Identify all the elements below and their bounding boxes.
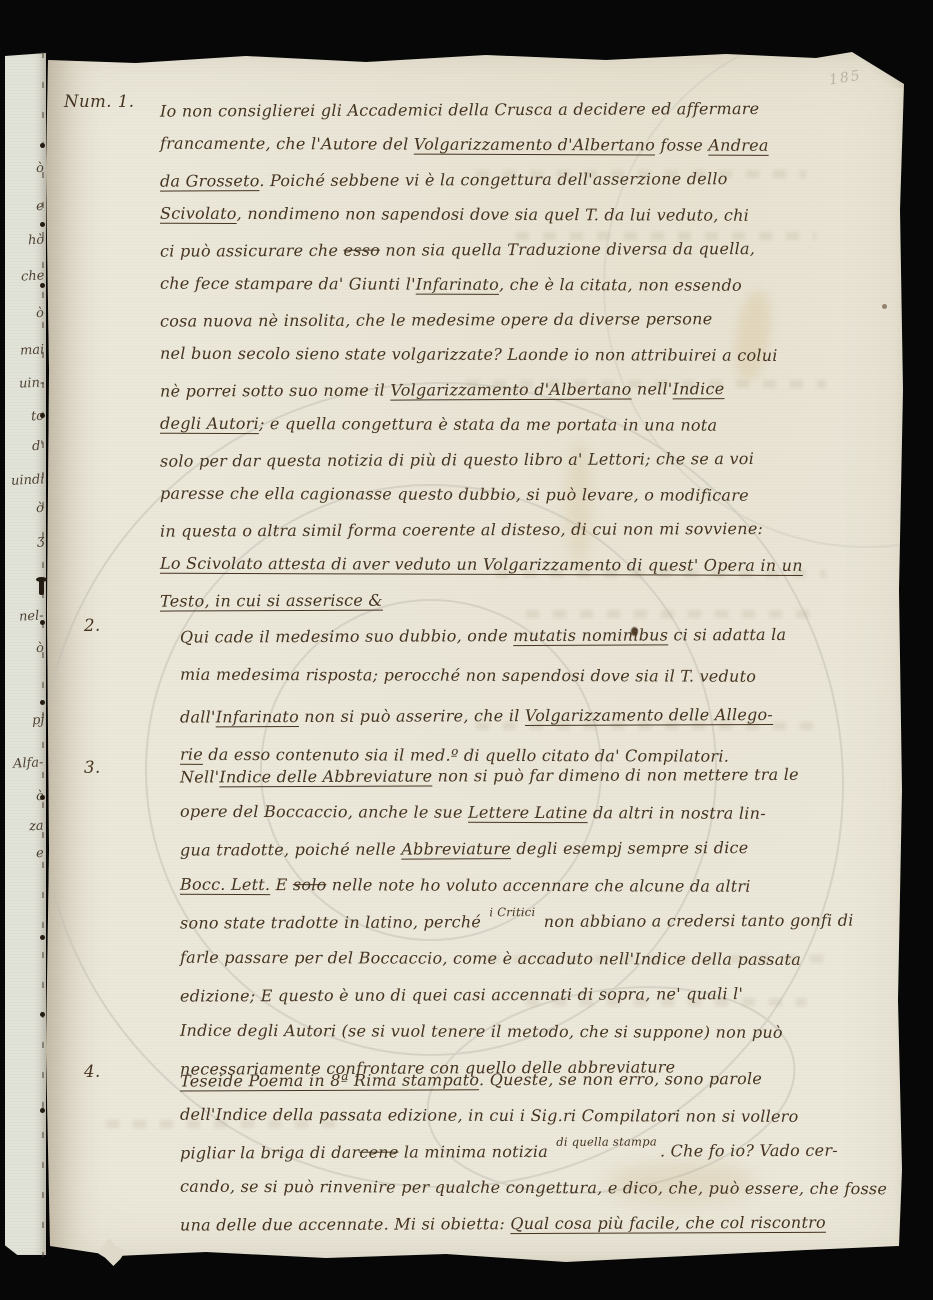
text-line: opere del Boccaccio, anche le sue Letter… <box>180 793 894 832</box>
underlined-text: Lo Scivolato attesta di aver veduto un V… <box>160 554 803 575</box>
text-segment: Indice degli Autori (se si vuol tenere i… <box>180 1020 783 1041</box>
text-line: una delle due accennate. Mi si obietta: … <box>180 1204 894 1243</box>
facing-page-text-fragment: ò <box>36 501 45 516</box>
text-segment: non abbiano a credersi tanto gonfi di <box>538 911 853 931</box>
struck-text: solo <box>293 875 327 894</box>
text-line: cosa nuova nè insolita, che le medesime … <box>160 300 894 338</box>
text-line: Qui cade il medesimo suo dubbio, onde mu… <box>180 614 894 657</box>
text-line: cando, se si può rinvenire per qualche c… <box>180 1169 894 1207</box>
paragraph-number: 4. <box>54 1062 180 1081</box>
facing-page-text-fragment: to <box>31 409 45 425</box>
facing-page-text-fragment: ʒ <box>36 533 44 548</box>
underlined-text: Bocc. Lett. <box>180 874 270 893</box>
text-segment: E <box>270 875 293 894</box>
text-line: dall'Infarinato non si può asserire, che… <box>180 694 894 737</box>
underlined-text: Volgarizzamento d'Albertano <box>390 380 631 400</box>
facing-page-text-fragment: uin- <box>18 375 44 391</box>
underlined-text: Teseide Poema in 8ª Rima stampato <box>180 1070 479 1090</box>
struck-text: cene <box>359 1143 398 1162</box>
handwritten-text: Num. 1.Io non consiglierei gli Accademic… <box>46 50 906 1262</box>
text-segment: ; e quella congettura è stata da me port… <box>259 414 717 435</box>
facing-page-text-fragment: nel- <box>19 608 44 624</box>
facing-page-edge: òehòcheòmaiuin-tod'uindiòʒnel-òpjAlfa-òz… <box>5 53 46 1255</box>
underlined-text: Volgarizzamento d'Albertano <box>414 135 655 155</box>
underlined-text: Qual cosa più facile, che col riscontro <box>510 1213 826 1233</box>
text-segment: Io non consiglierei gli Accademici della… <box>160 99 759 121</box>
text-segment: non si può asserire, che il <box>299 706 525 726</box>
inserted-text: di quella stampa <box>556 1123 657 1159</box>
facing-page-text-fragment: e <box>36 199 44 214</box>
paragraph: Num. 1.Io non consiglierei gli Accademic… <box>54 92 894 617</box>
paragraph: 3.Nell'Indice delle Abbreviature non si … <box>54 758 894 1087</box>
text-line: da Grosseto. Poiché sebbene vi è la cong… <box>160 160 894 198</box>
facing-page-text-fragment: e <box>36 846 44 861</box>
text-line: ci può assicurare che esso non sia quell… <box>160 230 894 268</box>
text-segment: . Poiché sebbene vi è la congettura dell… <box>259 169 727 190</box>
text-segment: dell'Indice della passata edizione, in c… <box>180 1105 799 1126</box>
facing-page-text-fragment: za <box>29 819 44 835</box>
text-segment: sono state tradotte in latino, perché <box>180 912 487 932</box>
facing-page-text-fragment: ò <box>36 306 45 321</box>
struck-text: esso <box>343 241 380 260</box>
text-segment: la minima notizia <box>399 1142 554 1162</box>
text-segment: mia medesima risposta; perocché non sape… <box>180 665 756 686</box>
text-line: Bocc. Lett. E solo nelle note ho voluto … <box>180 866 894 905</box>
underlined-text: Indice <box>673 379 725 398</box>
text-segment: , nondimeno non sapendosi dove sia quel … <box>237 204 749 225</box>
underlined-text: degli Autori <box>160 414 259 433</box>
text-line: sono state tradotte in latino, perché i … <box>180 902 894 942</box>
facing-page-text-fragment: Alfa- <box>13 755 44 772</box>
underlined-text: Infarinato <box>216 707 299 726</box>
text-line: che fece stampare da' Giunti l'Infarinat… <box>160 266 894 304</box>
facing-page-text-fragment: che <box>20 268 44 284</box>
facing-page-text-fragment: ò <box>36 161 45 176</box>
facing-page-text-fragment: d' <box>32 439 45 455</box>
facing-page-text-fragment: uindi <box>10 472 44 489</box>
underlined-text: Lettere Latine <box>468 802 588 821</box>
text-segment: opere del Boccaccio, anche le sue <box>180 801 468 821</box>
text-segment: non si può far dimeno di non mettere tra… <box>432 765 799 786</box>
text-line: degli Autori; e quella congettura è stat… <box>160 406 894 444</box>
paragraph-number: 3. <box>54 758 180 777</box>
facing-page-text-fragment: pj <box>31 713 44 729</box>
text-segment: nelle note ho voluto accennare che alcun… <box>326 875 750 895</box>
text-segment: fosse <box>655 135 708 154</box>
paragraph-body: Teseide Poema in 8ª Rima stampato. Quest… <box>180 1062 894 1242</box>
text-line: Nell'Indice delle Abbreviature non si pu… <box>180 756 894 796</box>
text-segment: cosa nuova nè insolita, che le medesime … <box>160 309 712 330</box>
facing-page-text-fragment: hò <box>27 233 44 249</box>
paragraph-body: Qui cade il medesimo suo dubbio, onde mu… <box>180 616 894 776</box>
text-line: paresse che ella cagionasse questo dubbi… <box>160 476 894 514</box>
text-segment: dall' <box>180 707 216 726</box>
underlined-text: Infarinato <box>416 275 499 294</box>
text-segment: ci si adatta la <box>668 625 786 645</box>
text-segment: che fece stampare da' Giunti l' <box>160 274 416 294</box>
text-segment: pigliar la briga di dar <box>180 1143 359 1163</box>
text-segment: farle passare per del Boccaccio, come è … <box>180 947 801 968</box>
text-segment: cando, se si può rinvenire per qualche c… <box>180 1177 887 1198</box>
text-line: Lo Scivolato attesta di aver veduto un V… <box>160 546 894 584</box>
paragraph-body: Nell'Indice delle Abbreviature non si pu… <box>180 758 894 1087</box>
text-segment: degli esempj sempre si dice <box>511 838 749 858</box>
text-segment: . Queste, se non erro, sono parole <box>479 1069 762 1089</box>
underlined-text: da Grosseto <box>160 171 259 190</box>
text-segment: una delle due accennate. Mi si obietta: <box>180 1214 510 1234</box>
text-segment: nel buon secolo sieno state volgarizzate… <box>160 344 778 365</box>
underlined-text: Andrea <box>708 136 768 155</box>
facing-page-text-fragment: ò <box>36 641 45 656</box>
underlined-text: mutatis nominibus <box>513 625 668 645</box>
text-segment: , che è la citata, non essendo <box>499 275 742 295</box>
text-segment: nell' <box>632 379 673 398</box>
text-segment: nè porrei sotto suo nome il <box>160 381 390 401</box>
paragraph-number: 2. <box>54 616 180 635</box>
text-line: francamente, che l'Autore del Volgarizza… <box>160 126 894 164</box>
text-line: nel buon secolo sieno state volgarizzate… <box>160 336 894 374</box>
text-segment: in questa o altra simil forma coerente a… <box>160 519 763 541</box>
facing-page-text-fragment: ò <box>36 789 45 804</box>
manuscript-page: 185 Num. 1.Io non consiglierei gli Accad… <box>46 50 906 1262</box>
text-line: edizione; E questo è uno di quei casi ac… <box>180 975 894 1015</box>
text-segment: Qui cade il medesimo suo dubbio, onde <box>180 626 513 646</box>
text-line: Io non consiglierei gli Accademici della… <box>160 90 894 128</box>
text-line: farle passare per del Boccaccio, come è … <box>180 939 894 978</box>
manuscript-scan: òehòcheòmaiuin-tod'uindiòʒnel-òpjAlfa-òz… <box>0 0 933 1300</box>
text-segment: da altri in nostra lin- <box>588 803 766 823</box>
text-line: in questa o altra simil forma coerente a… <box>160 510 894 548</box>
text-segment: non sia quella Traduzione diversa da que… <box>380 239 755 260</box>
text-line: Testo, in cui si asserisce & <box>160 580 894 618</box>
text-segment: Nell' <box>180 767 219 786</box>
text-line: dell'Indice della passata edizione, in c… <box>180 1097 894 1135</box>
paragraph: 4.Teseide Poema in 8ª Rima stampato. Que… <box>54 1062 894 1242</box>
text-line: solo per dar questa notizia di più di qu… <box>160 440 894 478</box>
inserted-text: i Critici <box>489 894 535 931</box>
text-segment: solo per dar questa notizia di più di qu… <box>160 449 754 471</box>
text-line: mia medesima risposta; perocché non sape… <box>180 655 894 697</box>
paragraph: 2.Qui cade il medesimo suo dubbio, onde … <box>54 616 894 776</box>
underlined-text: Indice delle Abbreviature <box>219 766 432 786</box>
text-segment: edizione; E questo è uno di quei casi ac… <box>180 984 743 1005</box>
facing-page-text-fragment: mai <box>19 342 44 358</box>
text-segment: . Che fo io? Vado cer- <box>660 1141 838 1161</box>
text-line: gua tradotte, poiché nelle Abbreviature … <box>180 829 894 869</box>
text-line: Indice degli Autori (se si vuol tenere i… <box>180 1012 894 1051</box>
text-line: pigliar la briga di darcene la minima no… <box>180 1132 894 1171</box>
underlined-text: Scivolato <box>160 204 237 223</box>
paragraph-body: Io non consiglierei gli Accademici della… <box>160 92 894 617</box>
paragraph-number: Num. 1. <box>54 92 160 111</box>
underlined-text: Testo, in cui si asserisce & <box>160 591 383 611</box>
text-segment: gua tradotte, poiché nelle <box>180 840 401 860</box>
text-segment: paresse che ella cagionasse questo dubbi… <box>160 484 749 505</box>
text-line: Scivolato, nondimeno non sapendosi dove … <box>160 196 894 234</box>
underlined-text: Abbreviature <box>401 839 511 858</box>
text-segment: ci può assicurare che <box>160 241 344 261</box>
text-line: Teseide Poema in 8ª Rima stampato. Quest… <box>180 1060 894 1099</box>
underlined-text: Volgarizzamento delle Allego- <box>525 705 773 725</box>
text-line: nè porrei sotto suo nome il Volgarizzame… <box>160 370 894 408</box>
text-segment: francamente, che l'Autore del <box>160 134 414 154</box>
